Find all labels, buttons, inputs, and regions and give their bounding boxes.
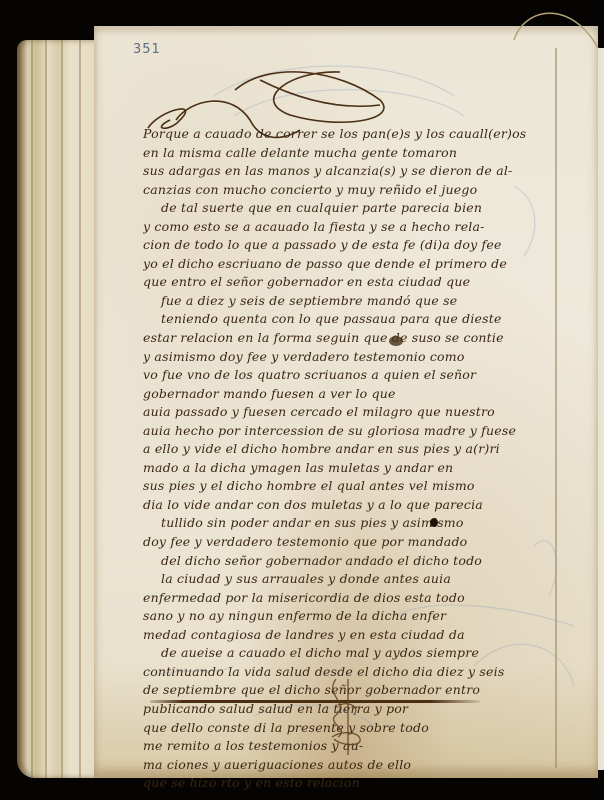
text-line: a ello y vide el dicho hombre andar en s… bbox=[143, 440, 543, 459]
text-line: enfermedad por la misericordia de dios e… bbox=[143, 589, 543, 608]
manuscript-text: Porque a cauado de correr se los pan(e)s… bbox=[143, 125, 543, 793]
text-line: sus pies y el dicho hombre el qual antes… bbox=[143, 477, 543, 496]
text-line: cion de todo lo que a passado y de esta … bbox=[143, 236, 543, 255]
text-line: que entro el señor gobernador en esta ci… bbox=[143, 273, 543, 292]
text-line: tullido sin poder andar en sus pies y as… bbox=[143, 514, 543, 533]
text-line: del dicho señor gobernador andado el dic… bbox=[143, 552, 543, 571]
text-line: medad contagiosa de landres y en esta ci… bbox=[143, 626, 543, 645]
text-line: gobernador mando fuesen a ver lo que bbox=[143, 385, 543, 404]
text-line: que dello conste di la presente y sobre … bbox=[143, 719, 543, 738]
text-line: yo el dicho escriuano de passo que dende… bbox=[143, 255, 543, 274]
ink-smudge bbox=[389, 336, 403, 346]
text-line: vo fue vno de los quatro scriuanos a qui… bbox=[143, 366, 543, 385]
text-line: de septiembre que el dicho señor goberna… bbox=[143, 681, 543, 700]
text-line: sus adargas en las manos y alcanzia(s) y… bbox=[143, 162, 543, 181]
text-line: Porque a cauado de correr se los pan(e)s… bbox=[143, 125, 543, 144]
text-line: la ciudad y sus arrauales y donde antes … bbox=[143, 570, 543, 589]
text-line: continuando la vida salud desde el dicho… bbox=[143, 663, 543, 682]
folio-number: 351 bbox=[133, 42, 161, 57]
text-line: teniendo quenta con lo que passaua para … bbox=[143, 310, 543, 329]
text-line: fue a diez y seis de septiembre mandó qu… bbox=[143, 292, 543, 311]
ink-blot bbox=[430, 518, 438, 527]
text-line: y como esto se a acauado la fiesta y se … bbox=[143, 218, 543, 237]
text-line: auia passado y fuesen cercado el milagro… bbox=[143, 403, 543, 422]
text-line: dia lo vide andar con dos muletas y a lo… bbox=[143, 496, 543, 515]
text-line: de aueise a cauado el dicho mal y aydos … bbox=[143, 644, 543, 663]
text-line: sano y no ay ningun enfermo de la dicha … bbox=[143, 607, 543, 626]
text-line: estar relacion en la forma seguin que de… bbox=[143, 329, 543, 348]
text-line: de tal suerte que en cualquier parte par… bbox=[143, 199, 543, 218]
text-line: que se hizo rto y en esto relacion bbox=[143, 774, 543, 793]
text-line: auia hecho por intercession de su glorio… bbox=[143, 422, 543, 441]
text-line: en la misma calle delante mucha gente to… bbox=[143, 144, 543, 163]
text-line: mado a la dicha ymagen las muletas y and… bbox=[143, 459, 543, 478]
text-line: ma ciones y aueriguaciones autos de ello bbox=[143, 756, 543, 775]
text-line: doy fee y verdadero testemonio que por m… bbox=[143, 533, 543, 552]
text-line: me remito a los testemonios y au- bbox=[143, 737, 543, 756]
text-line: y asimismo doy fee y verdadero testemoni… bbox=[143, 348, 543, 367]
page-fold-line bbox=[555, 48, 557, 768]
closing-rule bbox=[150, 700, 480, 703]
manuscript-scan: 351 Porque a cauado de correr se los pan… bbox=[0, 0, 604, 800]
text-line: canzias con mucho concierto y muy reñido… bbox=[143, 181, 543, 200]
